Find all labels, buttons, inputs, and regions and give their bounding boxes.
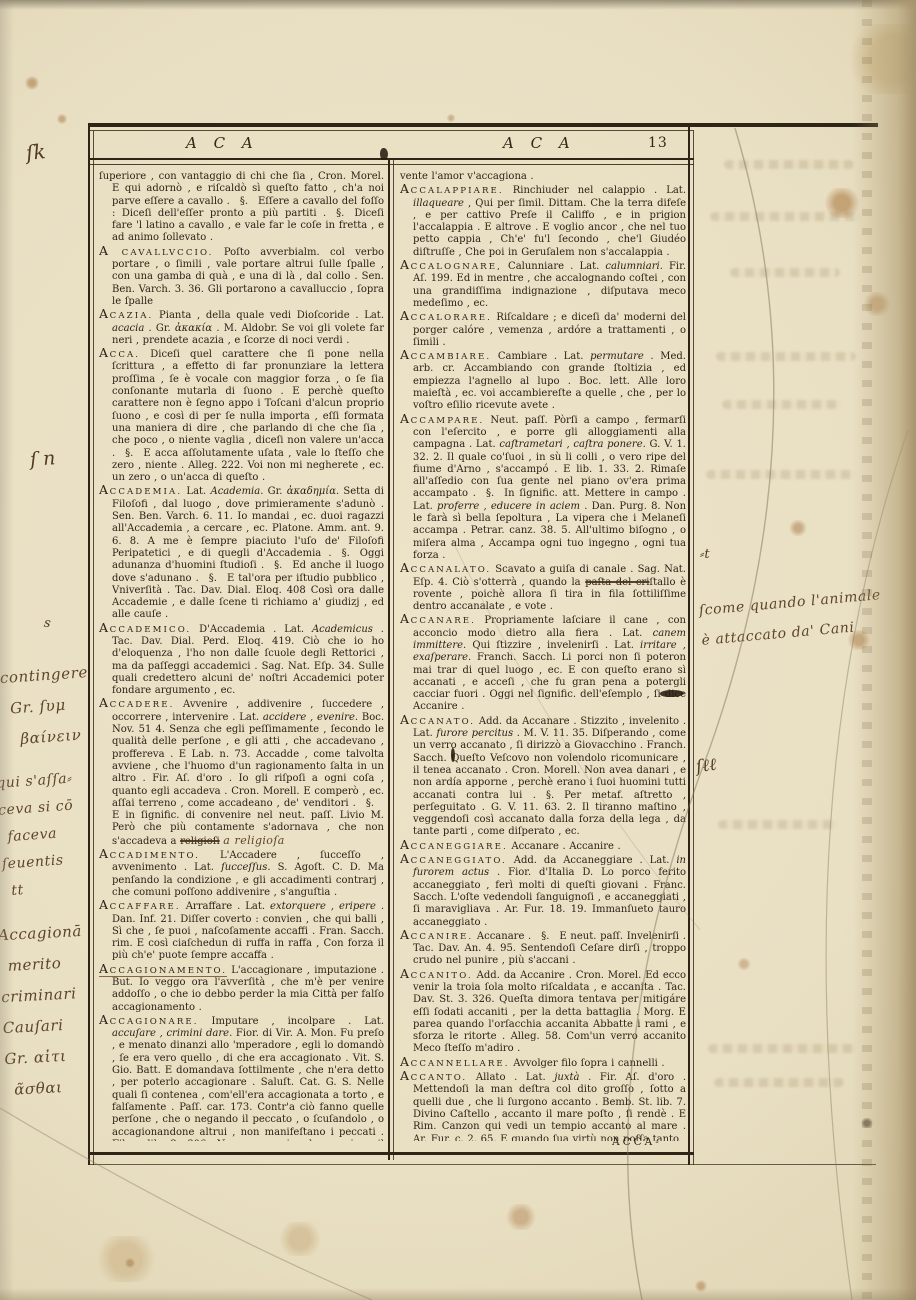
showthrough-line	[708, 1044, 856, 1053]
entry-acazia: ACAZIA. Pianta , della quale vedi Dioſco…	[99, 308, 384, 347]
ink-blot	[451, 748, 455, 762]
showthrough-line	[716, 352, 856, 361]
entry-accalappiare: ACCALAPPIARE. Rinchiuder nel calappio . …	[400, 183, 686, 259]
entry-accagionamento: ACCAGIONAMENTO. L'accagionare , imputazi…	[99, 963, 384, 1014]
entry-accaneggiato: ACCANEGGIATO. Add. da Accaneggiare . Lat…	[400, 853, 686, 929]
column-divider-rule	[388, 158, 390, 1160]
entry-accannellare: ACCANNELLARE. Avvolger filo ſopra i cann…	[400, 1056, 686, 1070]
showthrough-line	[730, 268, 840, 277]
showthrough-line	[714, 1078, 844, 1087]
headword: ACCANNELLARE.	[400, 1058, 510, 1069]
headword: ACCADEMICO.	[99, 624, 191, 635]
headword: ACCANTO.	[400, 1072, 467, 1083]
entry-accanire: ACCANIRE. Accanare . §. E neut. paſſ. In…	[400, 929, 686, 968]
headword: ACCAMBIARE.	[400, 351, 491, 362]
frame-rule-top	[88, 123, 878, 127]
entry-accagionare: ACCAGIONARE. Imputare , incolpare . Lat.…	[99, 1014, 384, 1141]
catchword: ACCA-	[612, 1136, 662, 1148]
headword: ACCANALATO.	[400, 564, 491, 575]
headword: ACCAGIONAMENTO.	[99, 965, 227, 977]
frame-rule-top-thin	[88, 130, 694, 131]
showthrough-line	[706, 470, 856, 479]
marginalia-mark: ſk	[25, 139, 47, 165]
marginalia-mark: ſ n	[29, 447, 56, 471]
headword: ACCANATO.	[400, 716, 475, 727]
marginalia-mark: ſℓℓ	[695, 755, 718, 778]
photo-edge-bottom	[0, 1288, 916, 1300]
entry-accademia: ACCADEMIA. Lat. Academia. Gr. ἀκαδημία. …	[99, 484, 384, 621]
entry-accambiare: ACCAMBIARE. Cambiare . Lat. permutare . …	[400, 349, 686, 412]
showthrough-line	[722, 400, 842, 409]
running-head-left: A C A	[186, 134, 259, 152]
running-head-right: A C A	[503, 134, 576, 152]
frame-rule-left-thin	[93, 131, 94, 1165]
entry-accampare: ACCAMPARE. Neut. paſſ. Pòrſi a campo , f…	[400, 413, 686, 563]
headword: ACAZIA.	[99, 310, 153, 321]
page-number: 13	[648, 135, 668, 151]
entry-accanare: ACCANARE. Propriamente laſciare il cane …	[400, 613, 686, 713]
book-page-photo: A C A A C A 13 ſuperiore , con vantaggio…	[0, 0, 916, 1300]
entry-acca: ACCA. Diceſi quel carattere che ſi pone …	[99, 347, 384, 484]
headword: ACCANEGGIARE.	[400, 841, 508, 852]
headword: ACCAFFARE.	[99, 901, 181, 912]
entry-accadere: ACCADERE. Avvenire , addivenire , ſucced…	[99, 697, 384, 848]
entry-accanalato: ACCANALATO. Scavato a guiſa di canale . …	[400, 562, 686, 613]
entry-accanito: ACCANITO. Add. da Accanire . Cron. Morel…	[400, 968, 686, 1056]
headword: ACCANARE.	[400, 615, 476, 626]
paper-deckle-texture	[862, 0, 872, 1300]
frame-rule-under-header-thin	[88, 164, 694, 165]
headword: ACCALORARE.	[400, 312, 492, 323]
showthrough-line	[710, 212, 860, 221]
frame-rule-right	[688, 123, 690, 1165]
ink-blot	[380, 148, 388, 160]
marginalia-mark: ѕ	[43, 616, 52, 632]
entry-continuation: ſuperiore , con vantaggio di chi che ſia…	[99, 171, 384, 245]
headword: ACCALAPPIARE.	[400, 185, 504, 196]
dictionary-column-right: vente l'amor v'accagiona .ACCALAPPIARE. …	[400, 171, 686, 1141]
dictionary-column-left: ſuperiore , con vantaggio di chi che ſia…	[99, 171, 384, 1141]
headword: ACCANEGGIATO.	[400, 855, 507, 866]
entry-acavallvccio: A CAVALLVCCIO. Poſto avverbialm. col ver…	[99, 245, 384, 308]
headword: ACCANITO.	[400, 970, 473, 981]
entry-accaneggiare: ACCANEGGIARE. Accanare . Accanire .	[400, 839, 686, 853]
entry-continuation: vente l'amor v'accagiona .	[400, 171, 686, 183]
headword: ACCADEMIA.	[99, 486, 182, 497]
entry-accanto: ACCANTO. Allato . Lat. juxtà . Fir. Aſ. …	[400, 1070, 686, 1141]
frame-rule-bottom	[88, 1152, 694, 1155]
entry-accadimento: ACCADIMENTO. L'Accadere , ſucceſſo , avv…	[99, 848, 384, 899]
showthrough-line	[718, 820, 838, 829]
frame-rule-right-thin	[693, 131, 694, 1165]
column-divider-rule-thin	[393, 158, 394, 1160]
frame-rule-under-header	[88, 158, 694, 160]
entry-accaffare: ACCAFFARE. Arraffare . Lat. extorquere ,…	[99, 899, 384, 962]
headword: ACCAMPARE.	[400, 415, 484, 426]
headword: ACCA.	[99, 349, 140, 360]
headword: ACCADIMENTO.	[99, 850, 200, 861]
entry-accademico: ACCADEMICO. D'Accademia . Lat. Academicu…	[99, 622, 384, 698]
headword: ACCADERE.	[99, 699, 174, 710]
frame-rule-left	[88, 123, 90, 1165]
headword: A CAVALLVCCIO.	[99, 247, 213, 258]
headword: ACCAGIONARE.	[99, 1016, 199, 1027]
headword: ACCANIRE.	[400, 931, 473, 942]
marginalia-mark: ⸗t	[700, 546, 710, 562]
entry-accalorare: ACCALORARE. Riſcaldare ; e diceſi da' mo…	[400, 310, 686, 349]
photo-edge-left	[0, 0, 14, 1300]
headword: ACCALOGNARE,	[400, 261, 502, 272]
entry-accanato: ACCANATO. Add. da Accanare . Stizzito , …	[400, 714, 686, 839]
handwritten-correction: a religioſa	[223, 834, 284, 847]
entry-accalognare: ACCALOGNARE, Calunniare . Lat. calumniar…	[400, 259, 686, 310]
showthrough-line	[724, 160, 854, 169]
frame-rule-bottom-thin	[88, 1164, 876, 1165]
photo-edge-top	[0, 0, 916, 10]
